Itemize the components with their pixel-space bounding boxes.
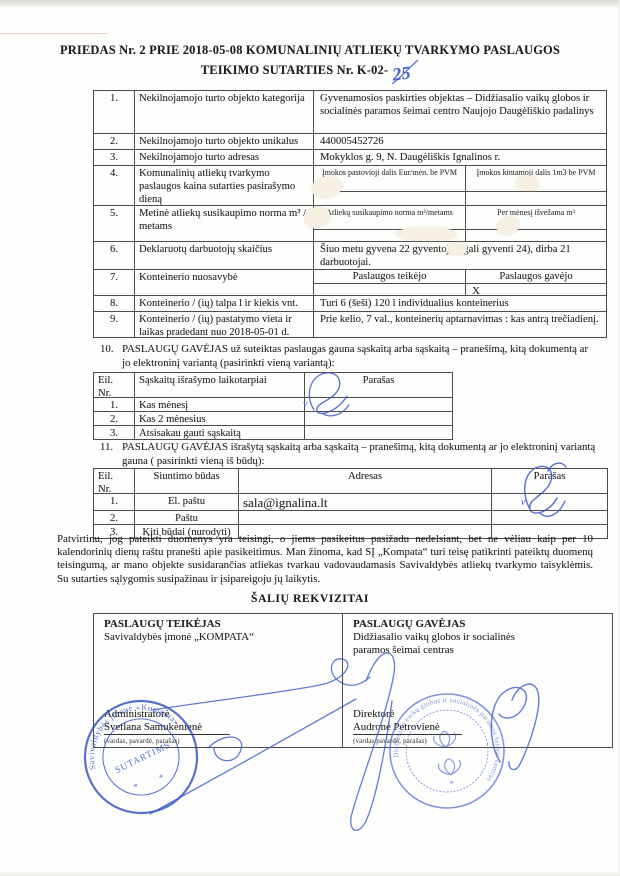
row-number: 4.: [94, 166, 134, 205]
row-label: Konteinerio nuosavybė: [134, 270, 313, 295]
confirmation-paragraph: Patvirtinu, jog pateikti duomenys yra te…: [57, 533, 593, 586]
ownership-mark-row: X: [314, 283, 606, 295]
row-number: 1.: [94, 398, 134, 411]
table-row: 8. Konteinerio / (ių) talpa l ir kiekis …: [94, 295, 606, 311]
header-row: Eil. Nr. Siuntimo būdas Adresas Parašas: [94, 469, 607, 493]
table-row: 1. El. paštu sala@ignalina.lt: [94, 493, 607, 510]
row-number: 2.: [94, 412, 134, 425]
table-row: 3. Nekilnojamojo turto adresas Mokyklos …: [94, 149, 606, 165]
list-number: 10.: [100, 343, 122, 370]
row-subgrid: Atliekų susikaupimo norma m³/metams Per …: [313, 206, 606, 241]
row-number: 1.: [94, 494, 134, 510]
table-row: 9. Konteinerio / (ių) pastatymo vieta ir…: [94, 311, 606, 337]
receiver-person-name: Audronė Petrovienė: [353, 721, 462, 735]
requisites-table: PASLAUGŲ TEIKĖJAS Savivaldybės įmonė „KO…: [93, 613, 613, 748]
scanned-contract-annex-page: PRIEDAS Nr. 2 PRIE 2018-05-08 KOMUNALINI…: [0, 0, 620, 876]
receiver-signature-block: Direktorė Audronė Petrovienė (vardas pav…: [353, 708, 462, 748]
variable-fee-value: [465, 192, 606, 205]
period-option: Atsisakau gauti sąskaitą: [134, 426, 304, 439]
provider-person-name: Svetlana Samukėnienė: [104, 721, 230, 735]
requisites-heading: ŠALIŲ REKVIZITAI: [0, 592, 620, 605]
row-label: Nekilnojamojo turto objekto unikalus Nr.: [134, 134, 313, 149]
monthly-removal-value: [465, 230, 606, 241]
subvalue-row: [314, 229, 606, 241]
row-number: 8.: [94, 296, 134, 311]
ownership-options-row: Paslaugos teikėjo Paslaugos gavėjo: [314, 270, 606, 283]
whiteout-blob: [446, 242, 467, 255]
provider-role: Administratorė: [104, 708, 230, 721]
row-value: Turi 6 (šeši) 120 l individualius kontei…: [313, 296, 606, 311]
handwritten-contract-number: 25: [389, 59, 419, 85]
header-period: Sąskaitų išrašymo laikotarpiai: [134, 373, 304, 397]
period-option: Kas mėnesį: [134, 398, 304, 411]
provider-signature-block: Administratorė Svetlana Samukėnienė (var…: [104, 708, 230, 748]
signature-cell: [304, 426, 452, 439]
row-value: Gyvenamosios paskirties objektas – Didži…: [313, 91, 606, 133]
address-cell: [238, 511, 491, 524]
signature-cell: [491, 494, 607, 510]
row-label: Metinė atliekų susikaupimo norma m³ / me…: [134, 206, 313, 241]
row-value: Prie kelio, 7 val., konteinerių aptarnav…: [313, 312, 606, 337]
header-signature: Parašas: [491, 469, 607, 493]
title-line-2-text: TEIKIMO SUTARTIES Nr. K-02-: [201, 62, 388, 79]
row-number: 2.: [94, 511, 134, 524]
table-row: 2. Nekilnojamojo turto objekto unikalus …: [94, 133, 606, 149]
period-option: Kas 2 mėnesius: [134, 412, 304, 425]
scan-edge-bottom: [0, 872, 620, 876]
row-number: 9.: [94, 312, 134, 337]
requisites-row: PASLAUGŲ TEIKĖJAS Savivaldybės įmonė „KO…: [94, 614, 612, 747]
row-subgrid: Įmokos pastovioji dalis Eur/mėn. be PVM …: [313, 166, 606, 205]
handwritten-number-text: 25: [390, 62, 412, 85]
row-value: Mokyklos g. 9, N. Daugėliškis Ignalinos …: [313, 150, 606, 165]
row-label: Deklaruotų darbuotojų skaičius: [134, 242, 313, 269]
whiteout-blob: [396, 227, 456, 241]
table-row: 7. Konteinerio nuosavybė Paslaugos teikė…: [94, 269, 606, 295]
delivery-method-table: Eil. Nr. Siuntimo būdas Adresas Parašas …: [93, 468, 608, 539]
option-provider: Paslaugos teikėjo: [314, 270, 465, 283]
billing-period-table: Eil. Nr. Sąskaitų išrašymo laikotarpiai …: [93, 372, 453, 440]
scan-edge-top: [0, 0, 620, 7]
subheader-monthly-removal: Per mėnesį išvežama m³: [465, 206, 606, 229]
list-item-10: 10. PASLAUGŲ GAVĖJAS už suteiktas paslau…: [100, 343, 596, 370]
row-number: 5.: [94, 206, 134, 241]
header-row: Eil. Nr. Sąskaitų išrašymo laikotarpiai …: [94, 373, 452, 397]
list-item-11: 11. PASLAUGŲ GAVĖJAS išrašytą sąskaitą a…: [100, 441, 596, 468]
header-address: Adresas: [238, 469, 491, 493]
table-row: 1. Nekilnojamojo turto objekto kategorij…: [94, 91, 606, 133]
subheader-row: Atliekų susikaupimo norma m³/metams Per …: [314, 206, 606, 229]
receiver-role: Direktorė: [353, 708, 462, 721]
signature-cell: [304, 412, 452, 425]
receiver-signature-note: (vardas pavardė, parašas): [353, 735, 462, 748]
subheader-accumulation-norm: Atliekų susikaupimo norma m³/metams: [314, 206, 465, 229]
table-row: 3. Atsisakau gauti sąskaitą: [94, 425, 452, 439]
header-eil-nr: Eil. Nr.: [94, 469, 134, 493]
row-number: 2.: [94, 134, 134, 149]
table-row: 5. Metinė atliekų susikaupimo norma m³ /…: [94, 205, 606, 241]
row-number: 1.: [94, 91, 134, 133]
row-label: Konteinerio / (ių) pastatymo vieta ir la…: [134, 312, 313, 337]
provider-title: PASLAUGŲ TEIKĖJAS: [104, 618, 332, 631]
whiteout-blob: [516, 175, 538, 191]
receiver-cell: PASLAUGŲ GAVĖJAS Didžiasalio vaikų globo…: [342, 614, 612, 747]
provider-signature-note: (vardas, pavardė, parašas): [104, 735, 230, 748]
receiver-title: PASLAUGŲ GAVĖJAS: [353, 618, 602, 631]
provider-name: Savivaldybės įmonė „KOMPATA“: [104, 631, 332, 644]
table-row: 1. Kas mėnesį: [94, 397, 452, 411]
row-label: Konteinerio / (ių) talpa l ir kiekis vnt…: [134, 296, 313, 311]
option-receiver: Paslaugos gavėjo: [465, 270, 606, 283]
receiver-x-mark: X: [465, 284, 606, 295]
title-line-1: PRIEDAS Nr. 2 PRIE 2018-05-08 KOMUNALINI…: [20, 42, 600, 59]
provider-mark-cell: [314, 284, 465, 295]
stamp-star: *: [158, 772, 166, 783]
row-label: Komunalinių atliekų tvarkymo paslaugos k…: [134, 166, 313, 205]
header-eil-nr: Eil. Nr.: [94, 373, 134, 397]
row-number: 3.: [94, 150, 134, 165]
row-value: 440005452726: [313, 134, 606, 149]
signature-cell: [304, 398, 452, 411]
header-method: Siuntimo būdas: [134, 469, 238, 493]
method-option: El. paštu: [134, 494, 238, 510]
title-line-2: TEIKIMO SUTARTIES Nr. K-02- 25: [20, 59, 600, 79]
row-label: Nekilnojamojo turto objekto kategorija: [134, 91, 313, 133]
stamp-star: *: [132, 781, 140, 792]
row-label: Nekilnojamojo turto adresas: [134, 150, 313, 165]
header-signature: Parašas: [304, 373, 452, 397]
subvalue-row: [314, 191, 606, 205]
table-row: 2. Kas 2 mėnesius: [94, 411, 452, 425]
stamp-star: *: [449, 778, 456, 789]
subheader-row: Įmokos pastovioji dalis Eur/mėn. be PVM …: [314, 166, 606, 191]
provider-cell: PASLAUGŲ TEIKĖJAS Savivaldybės įmonė „KO…: [94, 614, 342, 747]
table-row: 2. Paštu: [94, 510, 607, 524]
method-option: Paštu: [134, 511, 238, 524]
row-number: 3.: [94, 426, 134, 439]
property-info-table: 1. Nekilnojamojo turto objekto kategorij…: [93, 90, 607, 338]
list-text: PASLAUGŲ GAVĖJAS už suteiktas paslaugas …: [122, 343, 596, 370]
receiver-name: Didžiasalio vaikų globos ir socialinės p…: [353, 631, 543, 657]
table-row: 6. Deklaruotų darbuotojų skaičius Šiuo m…: [94, 241, 606, 269]
email-address-value: sala@ignalina.lt: [238, 494, 491, 510]
row-number: 6.: [94, 242, 134, 269]
scan-artifact-line: [0, 33, 108, 34]
list-number: 11.: [100, 441, 122, 468]
row-number: 7.: [94, 270, 134, 295]
signature-cell: [491, 511, 607, 524]
list-text: PASLAUGŲ GAVĖJAS išrašytą sąskaitą arba …: [122, 441, 596, 468]
row-subgrid: Paslaugos teikėjo Paslaugos gavėjo X: [313, 270, 606, 295]
document-title: PRIEDAS Nr. 2 PRIE 2018-05-08 KOMUNALINI…: [20, 42, 600, 79]
